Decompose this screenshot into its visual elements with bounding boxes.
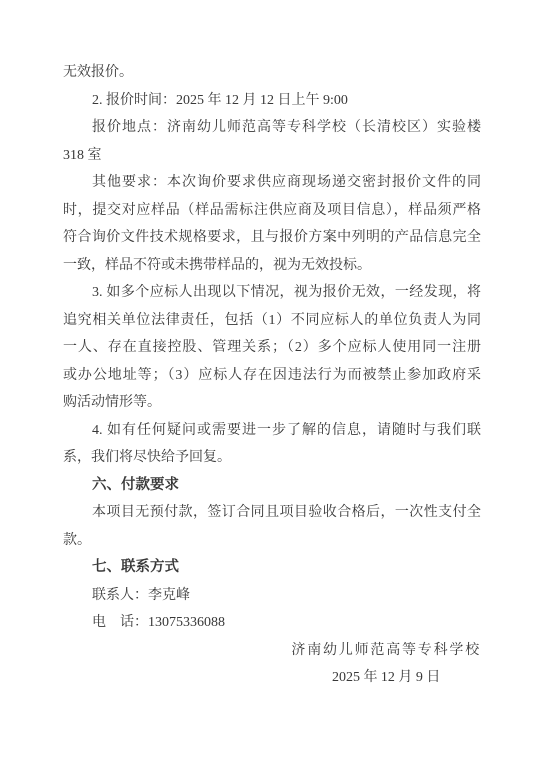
text-line: 追究相关单位法律责任，包括（1）不同应标人的单位负责人为同 xyxy=(63,307,481,335)
text-line: 一致，样品不符或未携带样品的，视为无效投标。 xyxy=(63,252,481,280)
signature-inner: 济南幼儿师范高等专科学校 2025 年 12 月 9 日 xyxy=(291,637,481,692)
document-page: 无效报价。2. 报价时间：2025 年 12 月 12 日上午 9:00报价地点… xyxy=(0,0,543,768)
text-line: 2. 报价时间：2025 年 12 月 12 日上午 9:00 xyxy=(63,87,481,115)
signature-block: 济南幼儿师范高等专科学校 2025 年 12 月 9 日 xyxy=(63,637,481,692)
text-line: 或办公地址等；（3）应标人存在因违法行为而被禁止参加政府采 xyxy=(63,362,481,390)
text-line: 4. 如有任何疑问或需要进一步了解的信息，请随时与我们联 xyxy=(63,417,481,445)
text-line: 时，提交对应样品（样品需标注供应商及项目信息），样品须严格 xyxy=(63,197,481,225)
text-line: 符合询价文件技术规格要求，且与报价方案中列明的产品信息完全 xyxy=(63,224,481,252)
text-line: 无效报价。 xyxy=(63,59,481,87)
text-line: 318 室 xyxy=(63,142,481,170)
signature-organization: 济南幼儿师范高等专科学校 xyxy=(291,637,481,665)
signature-date: 2025 年 12 月 9 日 xyxy=(291,664,481,692)
text-line: 其他要求：本次询价要求供应商现场递交密封报价文件的同 xyxy=(63,169,481,197)
section-heading: 六、付款要求 xyxy=(63,472,481,500)
text-line: 电 话：13075336088 xyxy=(63,609,481,637)
document-lines: 无效报价。2. 报价时间：2025 年 12 月 12 日上午 9:00报价地点… xyxy=(63,59,481,637)
text-line: 购活动情形等。 xyxy=(63,389,481,417)
text-line: 联系人：李克峰 xyxy=(63,582,481,610)
text-line: 系，我们将尽快给予回复。 xyxy=(63,444,481,472)
text-line: 3. 如多个应标人出现以下情况，视为报价无效，一经发现，将 xyxy=(63,279,481,307)
text-line: 款。 xyxy=(63,527,481,555)
document-content: 无效报价。2. 报价时间：2025 年 12 月 12 日上午 9:00报价地点… xyxy=(63,59,481,692)
text-line: 一人、存在直接控股、管理关系；（2）多个应标人使用同一注册 xyxy=(63,334,481,362)
text-line: 报价地点：济南幼儿师范高等专科学校（长清校区）实验楼 xyxy=(63,114,481,142)
section-heading: 七、联系方式 xyxy=(63,554,481,582)
text-line: 本项目无预付款，签订合同且项目验收合格后，一次性支付全 xyxy=(63,499,481,527)
